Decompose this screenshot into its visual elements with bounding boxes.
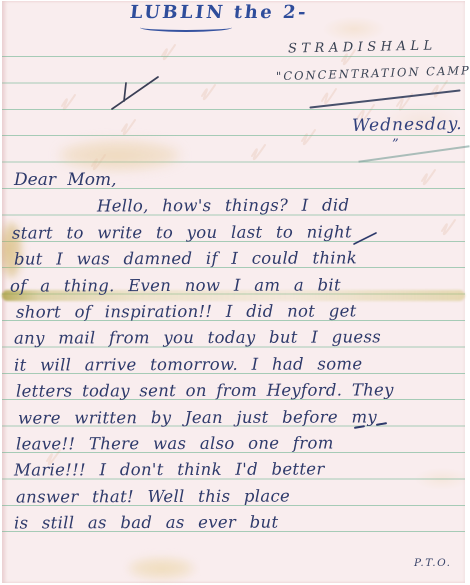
salutation-text: Dear Mom, [14,170,117,190]
dateline-text: LUBLIN the 2- [129,2,309,23]
page-number-mark [100,69,164,117]
pto-mark: P.T.O. [414,557,451,569]
body-line: is still as bad as ever but [14,513,278,534]
body-line: Hello, how's things? I did [97,196,349,217]
body-line: it will arrive tomorrow. I had some [14,354,363,375]
body-line: answer that! Well this place [16,487,290,508]
body-line: letters today sent on from Heyford. They [16,380,394,401]
body-line: Marie!!! I don't think I'd better [14,459,325,480]
body-line: of a thing. Even now I am a bit [10,275,341,296]
body-line: leave!! There was also one from [16,433,334,454]
location-text: STRADISHALL [288,38,437,56]
body-line: start to write to you last to night [12,222,352,243]
body-line: but I was damned if I could think [14,248,357,269]
body-line: any mail from you today but I guess [14,327,381,348]
body-line: were written by Jean just before my [18,407,377,428]
letter-paper: LUBLIN the 2- STRADISHALL "CONCENTRATION… [2,1,465,583]
day-text: Wednesday. [352,114,463,136]
dateline-underline [140,23,232,32]
body-line: short of inspiration!! I did not get [16,301,357,322]
ditto-mark: ” [392,137,401,152]
scanned-letter-page: { "document": { "kind": "handwritten-let… [0,0,470,585]
strikethrough-mark [352,231,378,247]
